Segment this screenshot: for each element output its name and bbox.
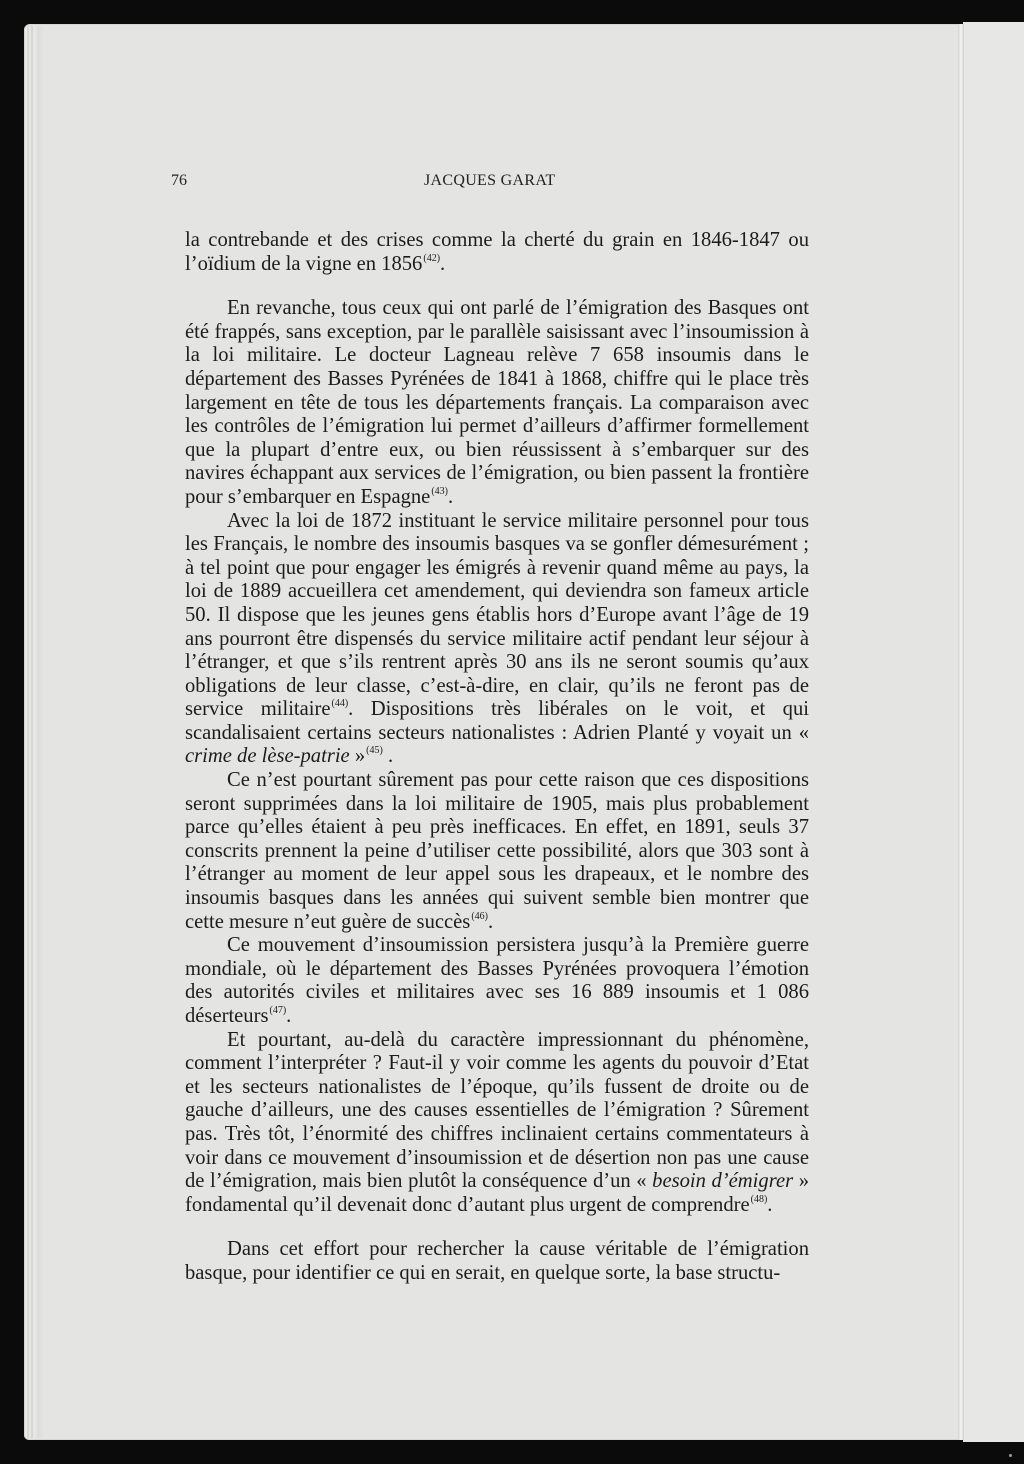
page-number: 76: [171, 172, 187, 190]
text-run: .: [767, 1194, 772, 1216]
paragraph: Avec la loi de 1872 instituant le servic…: [185, 510, 809, 770]
italic-quote: besoin d’émigrer: [652, 1170, 793, 1192]
paragraph: Ce n’est pourtant sûrement pas pour cett…: [185, 769, 809, 934]
paragraph: Ce mouvement d’insoumission persistera j…: [185, 934, 809, 1028]
text-run: .: [440, 253, 445, 275]
text-run: Ce n’est pourtant sûrement pas pour cett…: [185, 769, 809, 933]
paragraph: En revanche, tous ceux qui ont parlé de …: [185, 297, 809, 509]
text-run: Dans cet effort pour rechercher la cause…: [185, 1238, 809, 1284]
footnote-ref[interactable]: (47): [269, 1005, 286, 1016]
footnote-ref[interactable]: (45): [366, 745, 383, 756]
running-title: JACQUES GARAT: [424, 172, 555, 190]
text-run: Avec la loi de 1872 instituant le servic…: [185, 510, 809, 721]
text-run: En revanche, tous ceux qui ont parlé de …: [185, 297, 809, 508]
dust-mark: [1009, 1454, 1012, 1457]
running-header: 76 JACQUES GARAT: [0, 172, 1024, 194]
text-run: Et pourtant, au-delà du caractère impres…: [185, 1029, 809, 1193]
footnote-ref[interactable]: (43): [431, 486, 448, 497]
body-text: la contrebande et des crises comme la ch…: [185, 229, 809, 1286]
text-run: .: [488, 911, 493, 933]
footnote-ref[interactable]: (42): [423, 253, 440, 264]
paragraph: Et pourtant, au-delà du caractère impres…: [185, 1029, 809, 1218]
paragraph: Dans cet effort pour rechercher la cause…: [185, 1238, 809, 1285]
italic-quote: crime de lèse-patrie: [185, 745, 350, 767]
text-run: .: [383, 745, 393, 767]
page-stack-edges: [24, 26, 44, 1438]
text-run: .: [286, 1005, 291, 1027]
text-run: »: [350, 745, 365, 767]
footnote-ref[interactable]: (44): [332, 698, 349, 709]
footnote-ref[interactable]: (48): [751, 1194, 768, 1205]
text-run: .: [448, 486, 453, 508]
book-gutter: [958, 24, 964, 1440]
paragraph: la contrebande et des crises comme la ch…: [185, 229, 809, 276]
facing-page: [963, 22, 1024, 1442]
text-run: la contrebande et des crises comme la ch…: [185, 229, 809, 275]
footnote-ref[interactable]: (46): [471, 911, 488, 922]
